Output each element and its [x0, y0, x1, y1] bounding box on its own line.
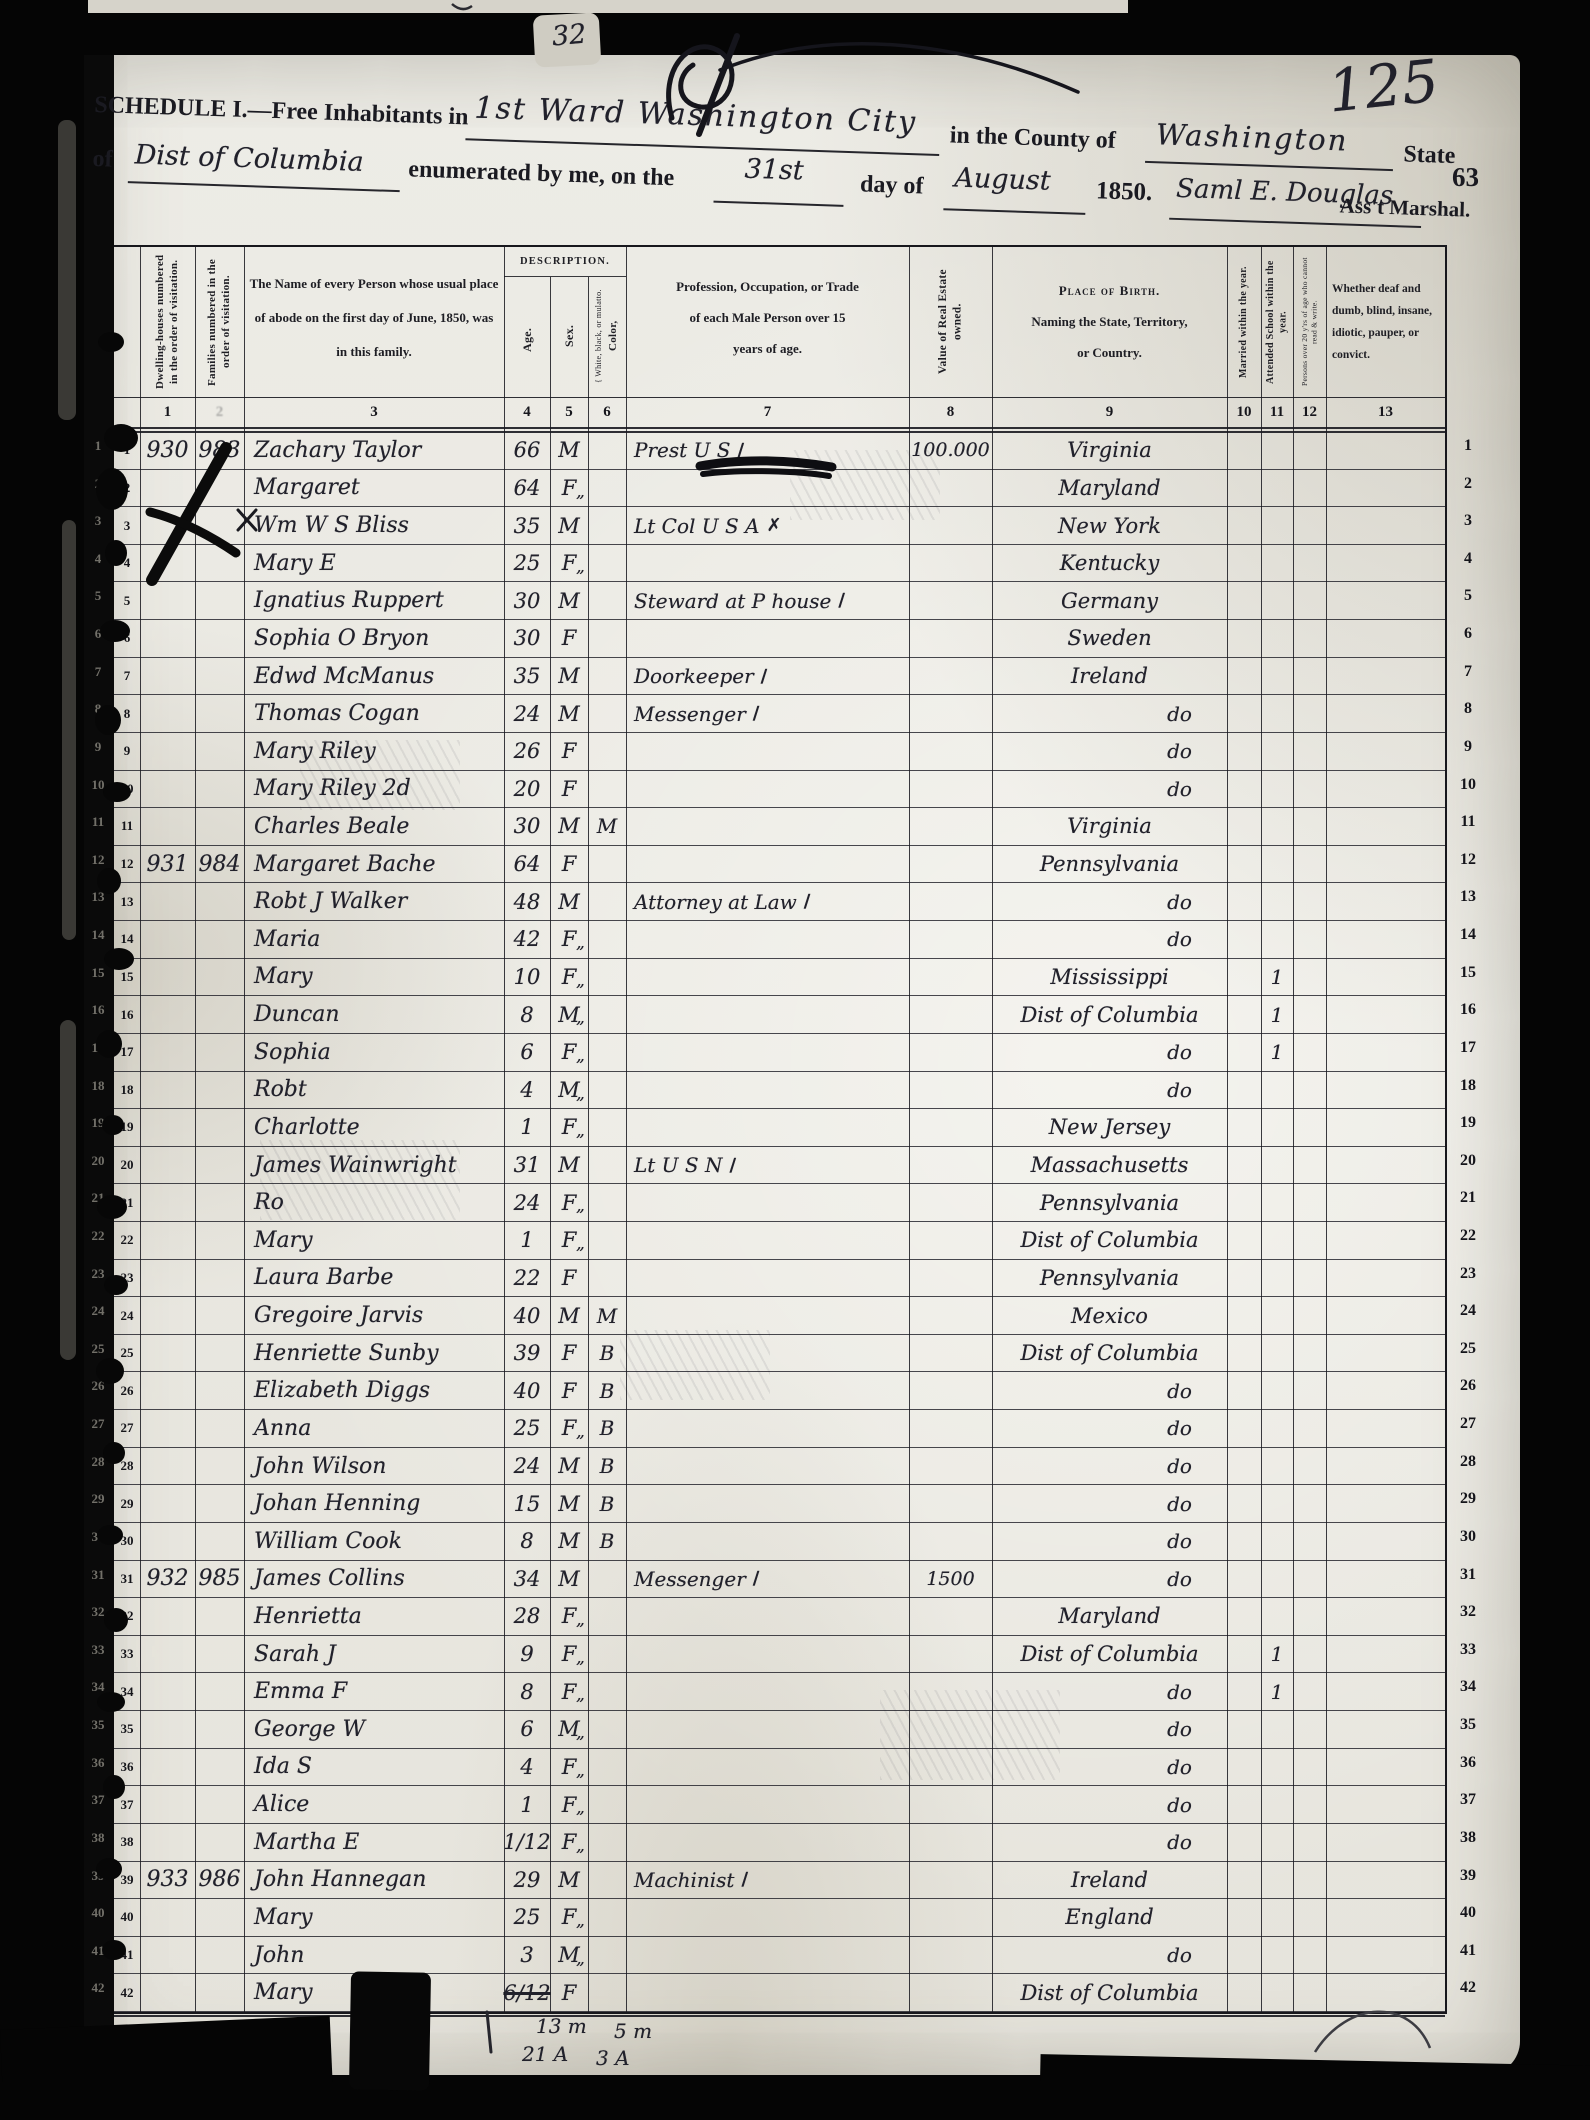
- cell-sex: M: [550, 1485, 588, 1522]
- col-header-occupation-line: years of age.: [626, 333, 909, 364]
- grid-hline: [114, 427, 1445, 429]
- cell-age: 25: [504, 545, 550, 582]
- table-row: 1930983Zachary Taylor66MPrest U S∕100.00…: [114, 432, 1445, 470]
- table-row: 2Margaret„64FMaryland: [114, 470, 1445, 508]
- margin-line-number: 29: [1448, 1490, 1488, 1508]
- col-header-remarks-line: Whether deaf and: [1332, 279, 1444, 301]
- col-header-birthplace-line: or Country.: [992, 337, 1227, 368]
- cell-color: B: [588, 1448, 626, 1485]
- day-entry: 31st: [744, 154, 804, 187]
- margin-line-number: 15: [1448, 964, 1488, 982]
- margin-line-number: 37: [1448, 1791, 1488, 1809]
- col-header-married: Married within the year.: [1227, 247, 1261, 397]
- margin-line-number: 8: [1448, 700, 1488, 718]
- margin-line-number: 18: [1448, 1077, 1488, 1095]
- cell-name: Johan Henning: [244, 1485, 514, 1522]
- cell-age: 22: [504, 1260, 550, 1297]
- cell-name: Wm W S Bliss: [244, 507, 514, 544]
- table-row: 36Ida S„4Fdo: [114, 1749, 1445, 1787]
- cell-name: Charlotte„: [244, 1109, 514, 1146]
- cell-name: Sophia„: [244, 1034, 514, 1071]
- cell-occupation: Machinist∕: [626, 1862, 917, 1899]
- grid-vline: [140, 247, 141, 2012]
- ink-blob: [105, 540, 127, 566]
- large-ink-blob: [349, 1971, 431, 2090]
- cell-age: 6: [504, 1711, 550, 1748]
- ink-blob: [98, 332, 124, 352]
- margin-line-number: 41: [1448, 1942, 1488, 1960]
- cell-name: Henrietta„: [244, 1598, 514, 1635]
- cell-lineno: 22: [114, 1222, 140, 1259]
- ink-blob: [102, 1115, 124, 1135]
- cell-age: 10: [504, 959, 550, 996]
- cell-lineno: 5: [114, 582, 140, 619]
- col-header-readwrite-text: Persons over 20 y'rs of age who cannot r…: [1300, 251, 1319, 393]
- bottom-note: 13 m: [536, 2014, 587, 2038]
- cell-birthplace: do: [992, 733, 1297, 770]
- cell-age: 66: [504, 432, 550, 469]
- table-row: 13Robt J Walker48MAttorney at Law∕do: [114, 883, 1445, 921]
- cell-school: 1: [1261, 996, 1293, 1033]
- cell-age: 28: [504, 1598, 550, 1635]
- cell-age: 15: [504, 1485, 550, 1522]
- cell-occupation: Steward at P house∕: [626, 582, 917, 619]
- margin-line-number: 13: [1448, 888, 1488, 906]
- col-header-birthplace-line: Place of Birth.: [992, 275, 1227, 306]
- cell-occupation: Attorney at Law∕: [626, 883, 917, 920]
- ghost-line-number: 25: [86, 1341, 110, 1357]
- cell-sex: M: [550, 883, 588, 920]
- cell-age: 8: [504, 1673, 550, 1710]
- enumerated-label: enumerated by me, on the: [408, 156, 675, 192]
- cell-lineno: 3: [114, 507, 140, 544]
- col-header-dwelling: Dwelling-houses numbered in the order of…: [140, 247, 195, 397]
- margin-line-number: 36: [1448, 1754, 1488, 1772]
- margin-line-number: 16: [1448, 1001, 1488, 1019]
- ink-blob: [103, 782, 131, 802]
- cell-birthplace: do: [992, 1372, 1297, 1409]
- cell-birthplace: do: [992, 1786, 1297, 1823]
- cell-sex: F: [550, 1335, 588, 1372]
- cell-dwelling: 933: [140, 1862, 195, 1899]
- day-of-label: day of: [860, 171, 924, 200]
- cell-birthplace: Dist of Columbia: [992, 1636, 1227, 1673]
- cell-sex: F: [550, 1598, 588, 1635]
- schedule-label: SCHEDULE I.—Free Inhabitants in: [94, 92, 469, 131]
- state-label: State: [1403, 141, 1456, 170]
- cell-birthplace: do: [992, 1937, 1297, 1974]
- cell-school: 1: [1261, 959, 1293, 996]
- col-header-name-line: The Name of every Person whose usual pla…: [244, 267, 504, 301]
- cell-sex: M: [550, 432, 588, 469]
- cell-birthplace: New York: [992, 507, 1227, 544]
- cell-birthplace: do: [992, 1824, 1297, 1861]
- cell-name: William Cook: [244, 1523, 514, 1560]
- margin-line-number: 12: [1448, 851, 1488, 869]
- cell-birthplace: Pennsylvania: [992, 1260, 1227, 1297]
- cell-age: 30: [504, 620, 550, 657]
- ghost-line-number: 31: [86, 1567, 110, 1583]
- table-row: 23Laura Barbe22FPennsylvania: [114, 1260, 1445, 1298]
- cell-sex: M: [550, 1072, 588, 1109]
- col-header-name-line: in this family.: [244, 335, 504, 369]
- cell-sex: M: [550, 1561, 588, 1598]
- cell-name: Edwd McManus: [244, 658, 514, 695]
- cell-name: Margaret Bache: [244, 846, 514, 883]
- cell-lineno: 33: [114, 1636, 140, 1673]
- column-number: 11: [1261, 397, 1293, 427]
- ghost-line-number: 12: [86, 852, 110, 868]
- table-row: 29Johan Henning15MBdo: [114, 1485, 1445, 1523]
- col-header-sex-text: Sex.: [562, 281, 577, 391]
- ink-blob: [95, 705, 121, 735]
- grid-vline: [992, 247, 993, 2012]
- cell-name: Robt„: [244, 1072, 514, 1109]
- col-header-age-text: Age.: [520, 285, 535, 395]
- ink-blob: [96, 1358, 124, 1384]
- cell-birthplace: Pennsylvania: [992, 846, 1227, 883]
- col-header-occupation-line: Profession, Occupation, or Trade: [626, 271, 909, 302]
- col-header-color: { White, black, or mulatto. Color,: [588, 277, 626, 395]
- table-row: 9Mary Riley26Fdo: [114, 733, 1445, 771]
- cell-name: Ro„: [244, 1184, 514, 1221]
- table-row: 26Elizabeth Diggs40FBdo: [114, 1372, 1445, 1410]
- census-table: DESCRIPTION. Dwelling-houses numbered in…: [112, 245, 1447, 2014]
- cell-name: Martha E„: [244, 1824, 514, 1861]
- grid-vline: [195, 247, 196, 2012]
- cell-lineno: 18: [114, 1072, 140, 1109]
- cell-name: Mary Riley: [244, 733, 514, 770]
- cell-name: Sarah J„: [244, 1636, 514, 1673]
- cell-value: 100.000: [909, 432, 992, 469]
- cell-birthplace: do: [992, 921, 1297, 958]
- cell-name: Maria„: [244, 921, 514, 958]
- cell-dwelling: 930: [140, 432, 195, 469]
- ink-blob: [104, 1608, 128, 1632]
- cell-name: Mary Riley 2d: [244, 771, 514, 808]
- cell-birthplace: do: [992, 1749, 1297, 1786]
- margin-line-number: 9: [1448, 738, 1488, 756]
- column-number: 8: [909, 397, 992, 427]
- cell-name: Mary E„: [244, 545, 514, 582]
- cell-lineno: 31: [114, 1561, 140, 1598]
- cell-sex: M: [550, 1523, 588, 1560]
- cell-occupation: Lt U S N∕: [626, 1147, 917, 1184]
- cell-age: 4: [504, 1749, 550, 1786]
- tally-mark: ∕: [761, 666, 768, 687]
- cell-sex: F: [550, 771, 588, 808]
- cell-birthplace: do: [992, 1561, 1297, 1598]
- cell-name: John Hannegan: [244, 1862, 514, 1899]
- cell-sex: M: [550, 808, 588, 845]
- cell-age: 8: [504, 996, 550, 1033]
- cell-birthplace: Virginia: [992, 808, 1227, 845]
- ink-blob: [96, 1030, 122, 1058]
- table-row: 6Sophia O Bryon30FSweden: [114, 620, 1445, 658]
- cell-lineno: 40: [114, 1899, 140, 1936]
- ink-blob: [100, 620, 130, 642]
- margin-line-number: 28: [1448, 1453, 1488, 1471]
- ink-blob: [102, 1940, 126, 1960]
- cell-birthplace: do: [992, 1673, 1297, 1710]
- cell-sex: F: [550, 1749, 588, 1786]
- margin-line-number: 31: [1448, 1566, 1488, 1584]
- cell-lineno: 29: [114, 1485, 140, 1522]
- cell-name: Duncan„: [244, 996, 514, 1033]
- cell-age: 1: [504, 1109, 550, 1146]
- cell-name: Mary„: [244, 1899, 514, 1936]
- county-entry: Washington: [1155, 117, 1348, 157]
- cell-birthplace: Dist of Columbia: [992, 996, 1227, 1033]
- cell-name: James Collins: [244, 1561, 514, 1598]
- scan-top-edge: [88, 0, 1128, 13]
- cell-age: 64: [504, 846, 550, 883]
- col-header-value: Value of Real Estate owned.: [909, 247, 992, 397]
- table-row: 41John„3Mdo: [114, 1937, 1445, 1975]
- table-row: 33Sarah J„9FDist of Columbia1: [114, 1636, 1445, 1674]
- margin-line-number: 39: [1448, 1867, 1488, 1885]
- margin-line-number: 14: [1448, 926, 1488, 944]
- column-number: 12: [1293, 397, 1326, 427]
- grid-vline: [550, 277, 551, 2012]
- column-number: 10: [1227, 397, 1261, 427]
- margin-line-number: 38: [1448, 1829, 1488, 1847]
- cell-sex: F: [550, 1636, 588, 1673]
- cell-sex: M: [550, 582, 588, 619]
- margin-line-number: 40: [1448, 1904, 1488, 1922]
- col-header-occupation-line: of each Male Person over 15: [626, 302, 909, 333]
- col-header-color-brace-text: { White, black, or mulatto.: [594, 280, 604, 392]
- cell-birthplace: do: [992, 771, 1297, 808]
- cell-birthplace: do: [992, 1448, 1297, 1485]
- tally-mark: ∕: [753, 1568, 760, 1589]
- column-number: 9: [992, 397, 1227, 427]
- cell-sex: M: [550, 1448, 588, 1485]
- cell-sex: M: [550, 658, 588, 695]
- cell-name: Ida S„: [244, 1749, 514, 1786]
- cell-age: 6/12: [504, 1974, 550, 2011]
- table-row: 35George W„6Mdo: [114, 1711, 1445, 1749]
- cell-birthplace: Kentucky: [992, 545, 1227, 582]
- month-entry: August: [954, 163, 1051, 197]
- ghost-line-number: 24: [86, 1303, 110, 1319]
- cell-lineno: 11: [114, 808, 140, 845]
- ghost-line-number: 5: [86, 588, 110, 604]
- col-header-birthplace: Place of Birth. Naming the State, Territ…: [992, 275, 1227, 369]
- ghost-line-number: 36: [86, 1755, 110, 1771]
- margin-line-number: 10: [1448, 776, 1488, 794]
- ghost-line-number: 22: [86, 1228, 110, 1244]
- cell-name: Thomas Cogan: [244, 695, 514, 732]
- margin-line-number: 2: [1448, 475, 1488, 493]
- ink-blob: [97, 1525, 123, 1545]
- table-row: 32Henrietta„28FMaryland: [114, 1598, 1445, 1636]
- cell-sex: M: [550, 1297, 588, 1334]
- margin-line-number: 30: [1448, 1528, 1488, 1546]
- cell-color: B: [588, 1523, 626, 1560]
- cell-school: 1: [1261, 1673, 1293, 1710]
- table-row: 12931984Margaret Bache64FPennsylvania: [114, 846, 1445, 884]
- cell-sex: F: [550, 1260, 588, 1297]
- cell-age: 64: [504, 470, 550, 507]
- cell-age: 35: [504, 507, 550, 544]
- margin-line-number: 33: [1448, 1641, 1488, 1659]
- cell-sex: F: [550, 1673, 588, 1710]
- cell-age: 9: [504, 1636, 550, 1673]
- cell-sex: F: [550, 545, 588, 582]
- col-header-remarks: Whether deaf and dumb, blind, insane, id…: [1332, 279, 1444, 366]
- grid-vline: [244, 247, 245, 2012]
- cell-school: 1: [1261, 1636, 1293, 1673]
- ghost-line-number: 29: [86, 1491, 110, 1507]
- margin-line-number: 35: [1448, 1716, 1488, 1734]
- bottom-note: 5 m: [614, 2019, 652, 2043]
- cell-lineno: 27: [114, 1410, 140, 1447]
- ink-blob: [104, 948, 134, 970]
- cell-age: 29: [504, 1862, 550, 1899]
- year-label: 1850.: [1096, 177, 1153, 207]
- margin-line-number: 26: [1448, 1377, 1488, 1395]
- tally-mark: ∕: [737, 440, 744, 461]
- grid-hline: [114, 431, 1445, 433]
- grid-vline: [1227, 247, 1228, 2012]
- col-header-family: Families numbered in the order of visita…: [195, 247, 244, 397]
- margin-line-number: 24: [1448, 1302, 1488, 1320]
- table-row: 4Mary E„25FKentucky: [114, 545, 1445, 583]
- cell-family: 986: [195, 1862, 244, 1899]
- cell-name: Henriette Sunby: [244, 1335, 514, 1372]
- cell-birthplace: Ireland: [992, 1862, 1227, 1899]
- table-row: 10Mary Riley 2d20Fdo: [114, 771, 1445, 809]
- ghost-line-number: 27: [86, 1416, 110, 1432]
- cell-lineno: 24: [114, 1297, 140, 1334]
- col-header-occupation: Profession, Occupation, or Trade of each…: [626, 271, 909, 365]
- grid-vline: [909, 247, 910, 2012]
- col-header-name: The Name of every Person whose usual pla…: [244, 267, 504, 368]
- cell-age: 25: [504, 1899, 550, 1936]
- cell-sex: F: [550, 470, 588, 507]
- marshal-label: Ass't Marshal.: [1339, 193, 1470, 222]
- table-row: 38Martha E„1/12Fdo: [114, 1824, 1445, 1862]
- ghost-line-number: 20: [86, 1153, 110, 1169]
- column-number: 4: [504, 397, 550, 427]
- col-header-name-line: of abode on the first day of June, 1850,…: [244, 301, 504, 335]
- cell-color: B: [588, 1335, 626, 1372]
- cell-age: 39: [504, 1335, 550, 1372]
- cell-lineno: 16: [114, 996, 140, 1033]
- cell-name: Mary„: [244, 1222, 514, 1259]
- table-row: 27Anna„25FBdo: [114, 1410, 1445, 1448]
- col-header-readwrite: Persons over 20 y'rs of age who cannot r…: [1293, 247, 1326, 397]
- ghost-line-number: 38: [86, 1830, 110, 1846]
- ghost-line-number: 15: [86, 965, 110, 981]
- cell-name: John„: [244, 1937, 514, 1974]
- cell-birthplace: do: [992, 1034, 1297, 1071]
- cell-name: Margaret„: [244, 470, 514, 507]
- cell-birthplace: do: [992, 1523, 1297, 1560]
- cell-age: 42: [504, 921, 550, 958]
- cell-sex: M: [550, 507, 588, 544]
- bottom-note: 3 A: [596, 2046, 630, 2070]
- cell-sex: M: [550, 695, 588, 732]
- ghost-line-number: 18: [86, 1078, 110, 1094]
- ghost-line-number: 33: [86, 1642, 110, 1658]
- cell-sex: F: [550, 1222, 588, 1259]
- cell-occupation: Lt Col U S A✗: [626, 507, 917, 544]
- cell-name: James Wainwright: [244, 1147, 514, 1184]
- table-row: 39933986John Hannegan29MMachinist∕Irelan…: [114, 1862, 1445, 1900]
- ink-blob: [97, 868, 121, 894]
- col-header-value-text: Value of Real Estate owned.: [936, 251, 965, 393]
- cell-lineno: 7: [114, 658, 140, 695]
- cell-birthplace: England: [992, 1899, 1227, 1936]
- cell-dwelling: 932: [140, 1561, 195, 1598]
- cell-lineno: 38: [114, 1824, 140, 1861]
- blank-rule: [1145, 161, 1393, 171]
- ghost-line-number: 14: [86, 927, 110, 943]
- column-number: 7: [626, 397, 909, 427]
- cell-age: 40: [504, 1372, 550, 1409]
- cell-color: B: [588, 1410, 626, 1447]
- grid-vline: [1261, 247, 1262, 2012]
- grid-vline: [1326, 247, 1327, 2012]
- table-row: 31932985James Collins34MMessenger∕1500do: [114, 1561, 1445, 1599]
- cell-color: M: [588, 808, 626, 845]
- census-scan-page: 32 125 63 SCHEDULE I.—Free Inhabitants i…: [0, 0, 1590, 2120]
- cell-sex: F: [550, 1109, 588, 1146]
- cell-age: 1/12: [504, 1824, 550, 1861]
- cell-name: Mary„: [244, 959, 514, 996]
- cell-family: 985: [195, 1561, 244, 1598]
- cell-color: B: [588, 1485, 626, 1522]
- cell-birthplace: Sweden: [992, 620, 1227, 657]
- cell-occupation: Messenger∕: [626, 1561, 917, 1598]
- col-header-remarks-line: convict.: [1332, 345, 1444, 367]
- col-header-remarks-line: idiotic, pauper, or: [1332, 323, 1444, 345]
- cell-sex: F: [550, 733, 588, 770]
- grid-hline: [114, 397, 1445, 398]
- state-entry: Dist of Columbia: [134, 139, 364, 178]
- table-row: 8Thomas Cogan24MMessenger∕do: [114, 695, 1445, 733]
- cell-dwelling: 931: [140, 846, 195, 883]
- scan-bottom-border: [0, 2082, 1590, 2120]
- cell-sex: F: [550, 1824, 588, 1861]
- margin-line-number: 5: [1448, 587, 1488, 605]
- cell-age: 48: [504, 883, 550, 920]
- cell-name: Emma F„: [244, 1673, 514, 1710]
- cell-age: 31: [504, 1147, 550, 1184]
- cell-sex: F: [550, 846, 588, 883]
- cell-sex: F: [550, 620, 588, 657]
- cell-value: 1500: [909, 1561, 992, 1598]
- cell-name: George W„: [244, 1711, 514, 1748]
- cell-age: 40: [504, 1297, 550, 1334]
- cell-name: Robt J Walker: [244, 883, 514, 920]
- table-row: 5Ignatius Ruppert30MSteward at P house∕G…: [114, 582, 1445, 620]
- ghost-line-number: 40: [86, 1905, 110, 1921]
- col-header-sex: Sex.: [550, 277, 588, 395]
- cell-age: 24: [504, 1448, 550, 1485]
- ink-blob: [97, 1195, 127, 1219]
- cell-lineno: 20: [114, 1147, 140, 1184]
- cell-color: M: [588, 1297, 626, 1334]
- scan-streak: [58, 120, 76, 420]
- tally-mark: ∕: [753, 703, 760, 724]
- scan-streak: [62, 520, 76, 940]
- cell-name: Charles Beale: [244, 808, 514, 845]
- cell-birthplace: Dist of Columbia: [992, 1974, 1227, 2011]
- cell-age: 1: [504, 1222, 550, 1259]
